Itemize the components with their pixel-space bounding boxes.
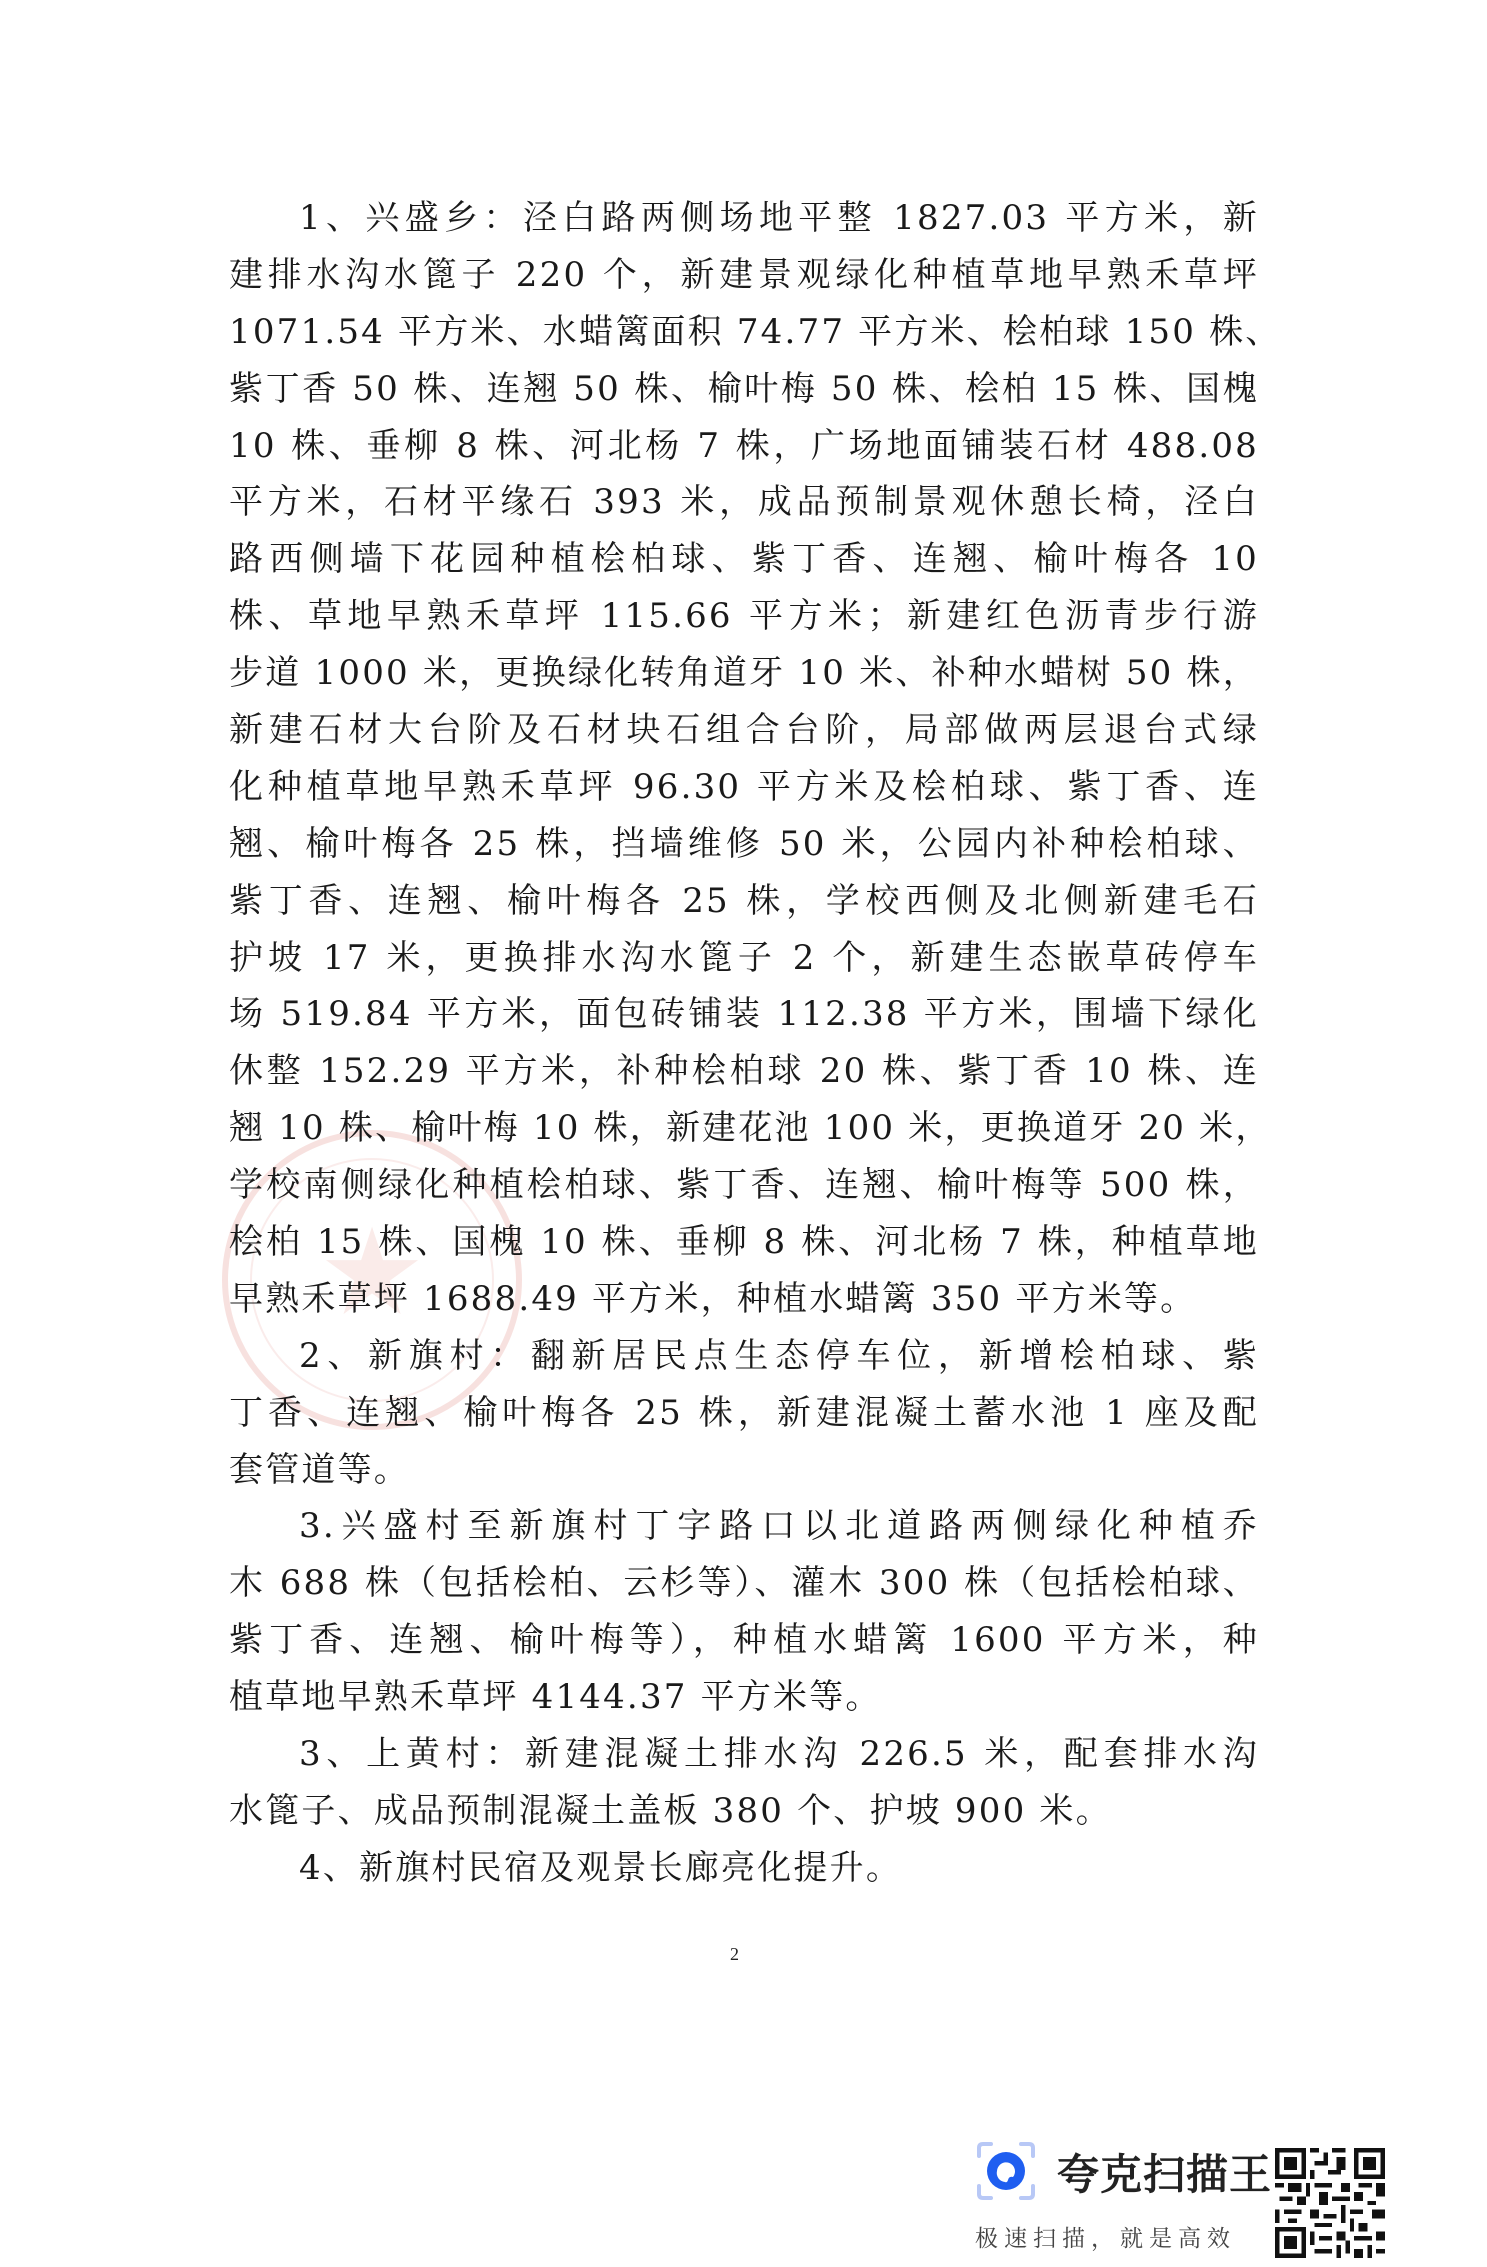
document-body: 1、兴盛乡：泾白路两侧场地平整 1827.03 平方米，新建排水沟水篦子 220… bbox=[229, 196, 1259, 1903]
paragraph-item-2-line: 套管道等。 bbox=[229, 1448, 1259, 1505]
paragraph-item-1-line: 建排水沟水篦子 220 个，新建景观绿化种植草地早熟禾草坪 bbox=[229, 253, 1259, 310]
paragraph-item-1-line: 场 519.84 平方米，面包砖铺装 112.38 平方米，围墙下绿化 bbox=[229, 992, 1259, 1049]
paragraph-item-2-line: 2、新旗村：翻新居民点生态停车位，新增桧柏球、紫 bbox=[229, 1334, 1259, 1391]
paragraph-item-3b-line: 水篦子、成品预制混凝土盖板 380 个、护坡 900 米。 bbox=[229, 1789, 1259, 1846]
paragraph-item-3a-line: 3.兴盛村至新旗村丁字路口以北道路两侧绿化种植乔 bbox=[229, 1504, 1259, 1561]
paragraph-item-1-line: 桧柏 15 株、国槐 10 株、垂柳 8 株、河北杨 7 株，种植草地 bbox=[229, 1220, 1259, 1277]
scanner-watermark: 夸克扫描王 极速扫描，就是高效 bbox=[975, 2130, 1385, 2260]
paragraph-item-1-line: 1、兴盛乡：泾白路两侧场地平整 1827.03 平方米，新 bbox=[229, 196, 1259, 253]
paragraph-item-1-line: 路西侧墙下花园种植桧柏球、紫丁香、连翘、榆叶梅各 10 bbox=[229, 537, 1259, 594]
paragraph-item-4-line: 4、新旗村民宿及观景长廊亮化提升。 bbox=[229, 1846, 1259, 1903]
paragraph-item-1-line: 步道 1000 米，更换绿化转角道牙 10 米、补种水蜡树 50 株， bbox=[229, 651, 1259, 708]
quark-scanner-logo-icon bbox=[975, 2140, 1037, 2202]
paragraph-item-1-line: 学校南侧绿化种植桧柏球、紫丁香、连翘、榆叶梅等 500 株， bbox=[229, 1163, 1259, 1220]
paragraph-item-3a-line: 木 688 株（包括桧柏、云杉等）、灌木 300 株（包括桧柏球、 bbox=[229, 1561, 1259, 1618]
paragraph-item-1-line: 平方米，石材平缘石 393 米，成品预制景观休憩长椅，泾白 bbox=[229, 480, 1259, 537]
page-number: 2 bbox=[730, 1944, 739, 1965]
paragraph-item-1-line: 化种植草地早熟禾草坪 96.30 平方米及桧柏球、紫丁香、连 bbox=[229, 765, 1259, 822]
paragraph-item-1-line: 休整 152.29 平方米，补种桧柏球 20 株、紫丁香 10 株、连 bbox=[229, 1049, 1259, 1106]
paragraph-item-3a-line: 植草地早熟禾草坪 4144.37 平方米等。 bbox=[229, 1675, 1259, 1732]
paragraph-item-3b-line: 3、上黄村：新建混凝土排水沟 226.5 米，配套排水沟 bbox=[229, 1732, 1259, 1789]
brand-tagline: 极速扫描，就是高效 bbox=[975, 2220, 1236, 2253]
paragraph-item-3a-line: 紫丁香、连翘、榆叶梅等），种植水蜡篱 1600 平方米，种 bbox=[229, 1618, 1259, 1675]
paragraph-item-1-line: 早熟禾草坪 1688.49 平方米，种植水蜡篱 350 平方米等。 bbox=[229, 1277, 1259, 1334]
paragraph-item-2-line: 丁香、连翘、榆叶梅各 25 株，新建混凝土蓄水池 1 座及配 bbox=[229, 1391, 1259, 1448]
paragraph-item-1-line: 株、草地早熟禾草坪 115.66 平方米；新建红色沥青步行游 bbox=[229, 594, 1259, 651]
paragraph-item-1-line: 紫丁香、连翘、榆叶梅各 25 株，学校西侧及北侧新建毛石 bbox=[229, 879, 1259, 936]
paragraph-item-1-line: 护坡 17 米，更换排水沟水篦子 2 个，新建生态嵌草砖停车 bbox=[229, 936, 1259, 993]
paragraph-item-1-line: 紫丁香 50 株、连翘 50 株、榆叶梅 50 株、桧柏 15 株、国槐 bbox=[229, 367, 1259, 424]
brand-name: 夸克扫描王 bbox=[1057, 2142, 1272, 2202]
paragraph-item-1-line: 1071.54 平方米、水蜡篱面积 74.77 平方米、桧柏球 150 株、 bbox=[229, 310, 1259, 367]
paragraph-item-1-line: 新建石材大台阶及石材块石组合台阶，局部做两层退台式绿 bbox=[229, 708, 1259, 765]
paragraph-item-1-line: 10 株、垂柳 8 株、河北杨 7 株，广场地面铺装石材 488.08 bbox=[229, 424, 1259, 481]
paragraph-item-1-line: 翘 10 株、榆叶梅 10 株，新建花池 100 米，更换道牙 20 米， bbox=[229, 1106, 1259, 1163]
document-page: ★ 1、兴盛乡：泾白路两侧场地平整 1827.03 平方米，新建排水沟水篦子 2… bbox=[0, 0, 1487, 2267]
qr-code-icon bbox=[1275, 2148, 1385, 2258]
paragraph-item-1-line: 翘、榆叶梅各 25 株，挡墙维修 50 米，公园内补种桧柏球、 bbox=[229, 822, 1259, 879]
